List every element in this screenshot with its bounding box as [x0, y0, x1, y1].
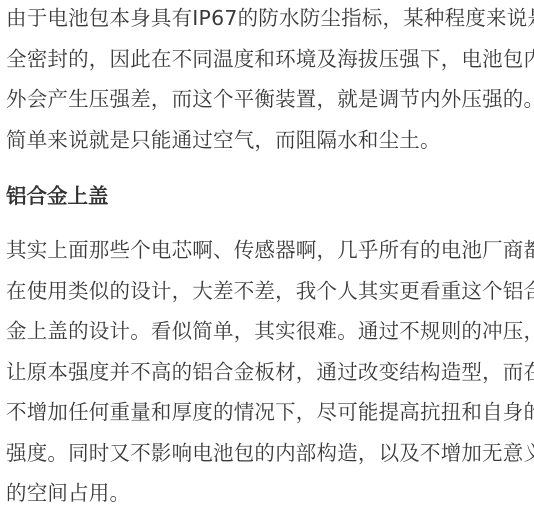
paragraph-line: 由于电池包本身具有IP67的防水防尘指标，某种程度来说是: [6, 0, 534, 39]
paragraph-line: 不增加任何重量和厚度的情况下，尽可能提高抗扭和自身的: [6, 392, 534, 433]
paragraph-aluminum-cover: 其实上面那些个电芯啊、传感器啊，几乎所有的电池厂商都 在使用类似的设计，大差不差…: [6, 230, 534, 514]
paragraph-line: 简单来说就是只能通过空气，而阻隔水和尘土。: [6, 120, 534, 161]
article-body: 由于电池包本身具有IP67的防水防尘指标，某种程度来说是 全密封的，因此在不同温…: [0, 0, 534, 514]
paragraph-line: 金上盖的设计。看似简单，其实很难。通过不规则的冲压，: [6, 311, 534, 352]
paragraph-line: 外会产生压强差，而这个平衡装置，就是调节内外压强的。: [6, 79, 534, 120]
paragraph-line: 的空间占用。: [6, 473, 534, 514]
paragraph-pressure-balance: 由于电池包本身具有IP67的防水防尘指标，某种程度来说是 全密封的，因此在不同温…: [6, 0, 534, 160]
paragraph-line: 在使用类似的设计，大差不差，我个人其实更看重这个铝合: [6, 271, 534, 312]
paragraph-line: 强度。同时又不影响电池包的内部构造，以及不增加无意义: [6, 433, 534, 474]
paragraph-line: 让原本强度并不高的铝合金板材，通过改变结构造型，而在: [6, 352, 534, 393]
paragraph-line: 其实上面那些个电芯啊、传感器啊，几乎所有的电池厂商都: [6, 230, 534, 271]
paragraph-line: 全密封的，因此在不同温度和环境及海拔压强下，电池包内: [6, 39, 534, 80]
section-heading: 铝合金上盖: [6, 176, 534, 216]
